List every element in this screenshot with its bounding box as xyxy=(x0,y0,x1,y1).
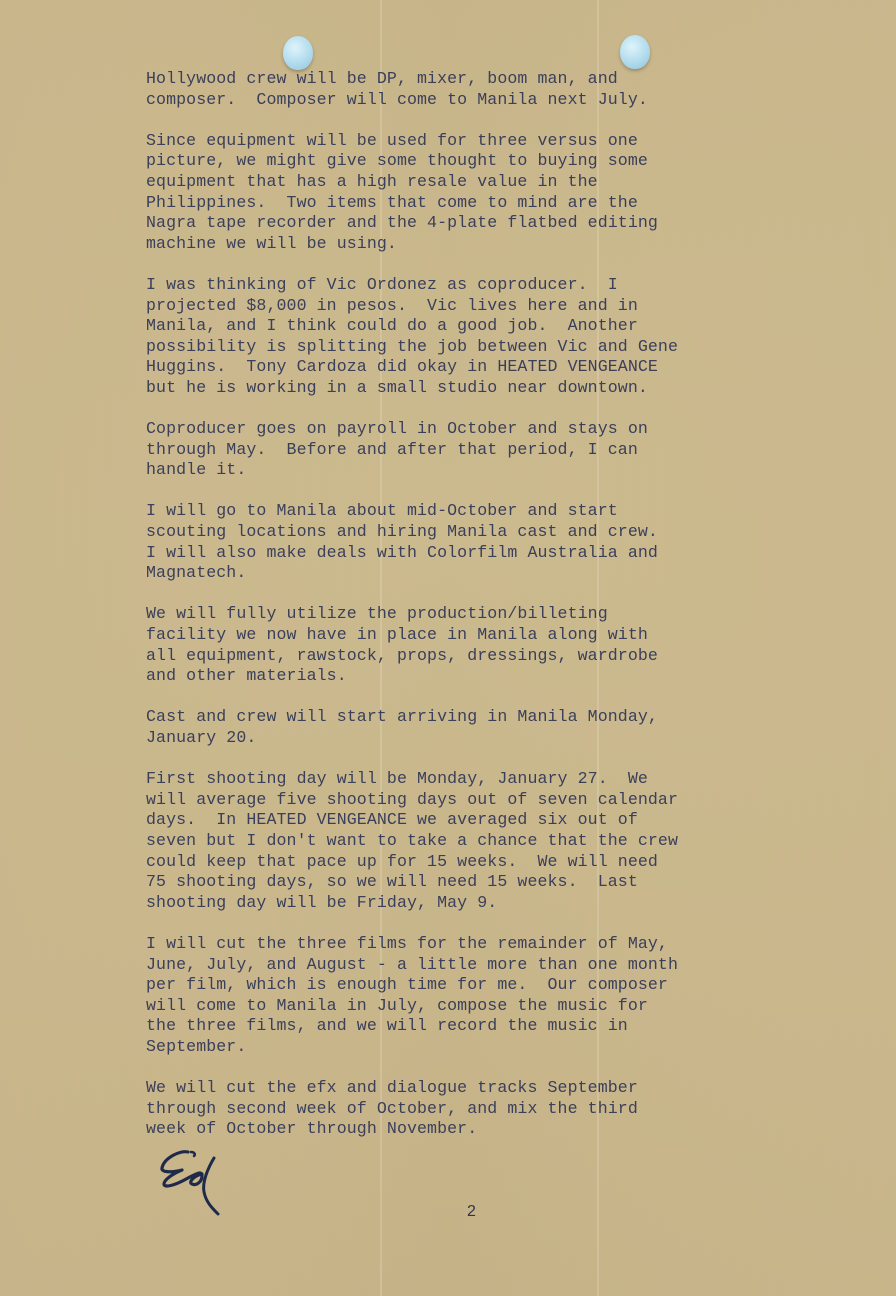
punch-hole-left xyxy=(283,36,313,70)
paragraph-payroll: Coproducer goes on payroll in October an… xyxy=(146,419,846,481)
paragraph-mixing: We will cut the efx and dialogue tracks … xyxy=(146,1078,846,1140)
paragraph-cast-arrival: Cast and crew will start arriving in Man… xyxy=(146,707,846,748)
paragraph-equipment: Since equipment will be used for three v… xyxy=(146,131,846,255)
punch-hole-right xyxy=(620,35,650,69)
paragraph-shooting-schedule: First shooting day will be Monday, Janua… xyxy=(146,769,846,913)
letter-body: Hollywood crew will be DP, mixer, boom m… xyxy=(146,69,846,1160)
paragraph-editing: I will cut the three films for the remai… xyxy=(146,934,846,1058)
paragraph-coproducer: I was thinking of Vic Ordonez as coprodu… xyxy=(146,275,846,399)
paragraph-scouting: I will go to Manila about mid-October an… xyxy=(146,501,846,583)
paragraph-hollywood-crew: Hollywood crew will be DP, mixer, boom m… xyxy=(146,69,846,110)
signature-ed xyxy=(158,1148,248,1218)
page-number: 2 xyxy=(467,1203,476,1221)
paragraph-facility: We will fully utilize the production/bil… xyxy=(146,604,846,686)
